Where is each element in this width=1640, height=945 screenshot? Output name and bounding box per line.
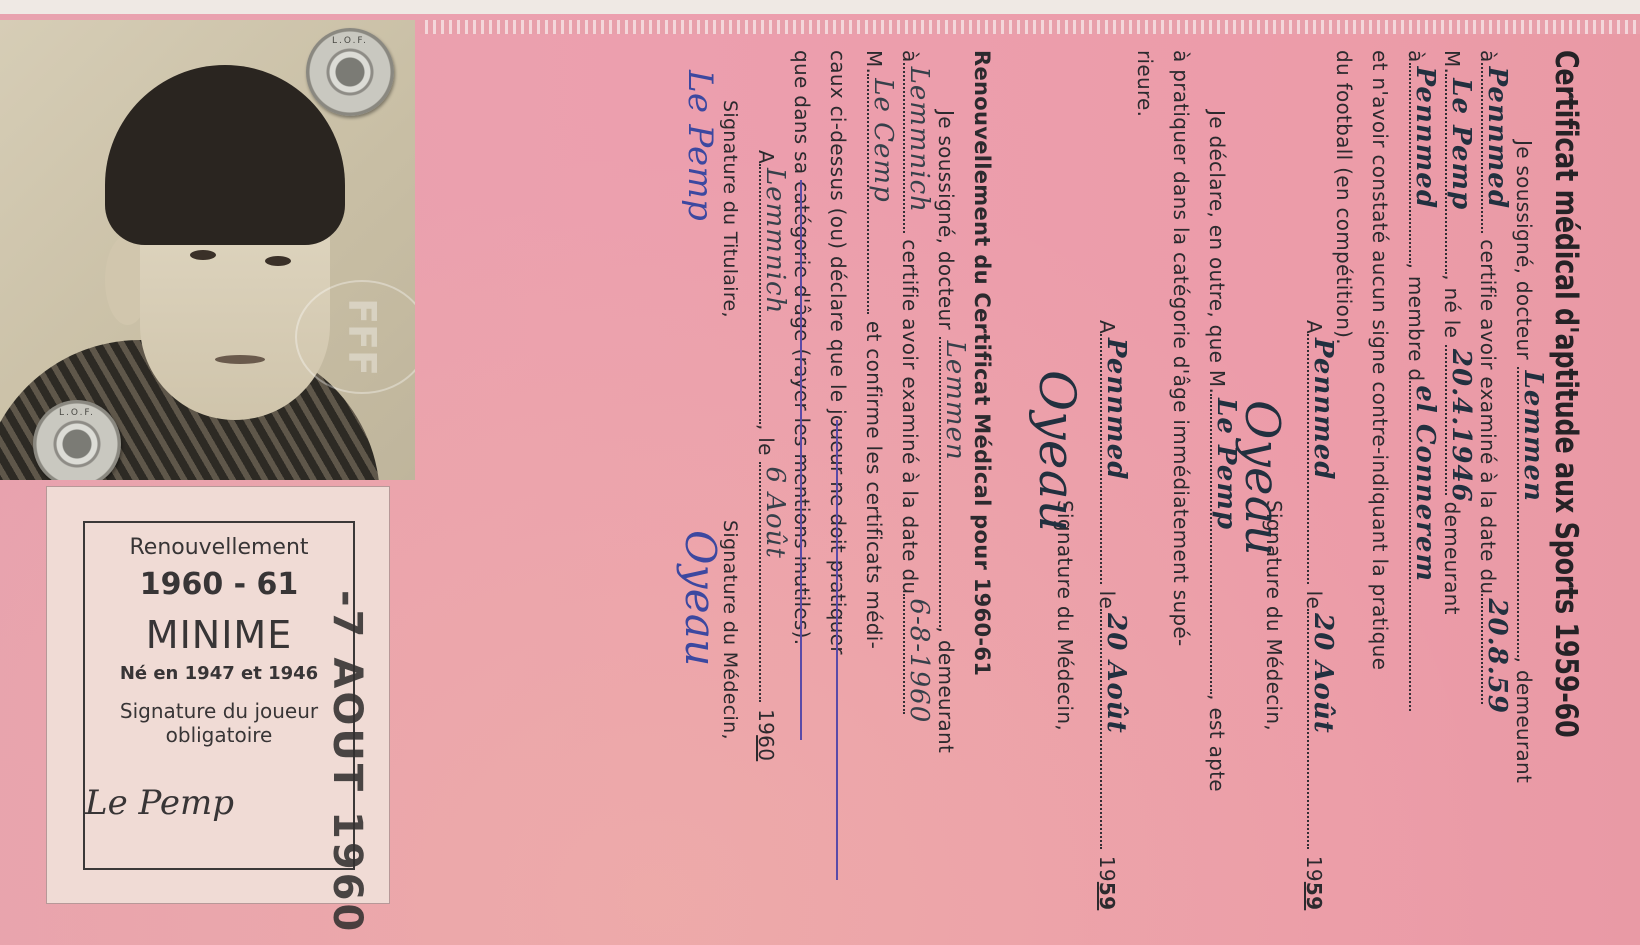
doctor-signature: Oyeau: [682, 530, 718, 667]
label: , le: [754, 424, 778, 456]
stamp-heading: Renouvellement: [85, 535, 353, 560]
eyelet-icon: L.O.F.: [306, 28, 394, 116]
player-name-field: Le Pemp: [1445, 74, 1467, 274]
stamp-season: 1960 - 61: [85, 567, 353, 602]
sign-date-field: 20 Août: [1307, 609, 1329, 849]
label: Je déclare, en outre, que M.: [1205, 110, 1229, 394]
statement-line: rieure.: [1127, 50, 1163, 117]
photo-eye: [265, 256, 291, 266]
stamp-sign-label: Signature du joueurobligatoire: [85, 699, 353, 747]
label: Je soussigné, docteur: [1512, 140, 1536, 360]
label: M.: [1440, 50, 1464, 74]
label: à: [1476, 50, 1500, 63]
eyelet-icon: L.O.F.: [33, 400, 121, 480]
doctor-signature-label: Signature du Médecin,: [1047, 500, 1083, 731]
year-field: 59: [1302, 882, 1326, 910]
place-field: Lemmnich: [759, 164, 781, 424]
holder-signature: Le Pemp: [682, 70, 718, 221]
birth-date-field: 20.4.1946: [1445, 345, 1467, 495]
doctor-name-field: Lemmen: [1517, 367, 1539, 657]
label: , né le: [1440, 274, 1464, 338]
label: , demeurant: [1512, 657, 1536, 783]
label: certifie avoir examiné à la date du: [1476, 239, 1500, 594]
exam-date-field: 6-8-1960: [903, 594, 925, 714]
label: 19: [1302, 856, 1326, 882]
label: M.: [862, 50, 886, 74]
player-city-field: Pennmed: [1409, 63, 1431, 263]
statement-line: et n'avoir constaté aucun signe contre-i…: [1362, 50, 1398, 670]
label: A: [1095, 320, 1119, 334]
exam-date-field: 20.8.59: [1481, 594, 1503, 704]
stamp-frame: Renouvellement 1960 - 61 MINIME Né en 19…: [83, 521, 355, 870]
strikethrough-mark: [800, 180, 802, 740]
statement-line: à pratiquer dans la catégorie d'âge immé…: [1163, 50, 1199, 647]
date-stamp: -7 AOUT 1960: [324, 590, 370, 934]
stamp-player-signature: Le Pemp: [85, 783, 353, 823]
certificate-text-panel: Certificat médical d'aptitude aux Sports…: [440, 30, 1590, 910]
player-photo: FFF L.O.F. L.O.F.: [0, 20, 415, 480]
label: , est apte: [1205, 694, 1229, 792]
place-field: Pennmed: [1100, 334, 1122, 584]
club-field: el Connerem: [1409, 381, 1431, 711]
label: certifie avoir examiné à la date du: [898, 239, 922, 594]
stamp-born-years: Né en 1947 et 1946: [85, 663, 353, 684]
statement-line: caux ci-dessus (ou) déclare que le joueu…: [820, 50, 856, 655]
label: le: [1095, 591, 1119, 609]
label: et confirme les certificats médi-: [862, 321, 886, 649]
doctor-signature: Oyeau: [1039, 370, 1075, 532]
sign-date-field: 20 Août: [1100, 609, 1122, 849]
label: demeurant: [1440, 502, 1464, 615]
label: 19: [1095, 856, 1119, 882]
label: le: [1302, 591, 1326, 609]
strikethrough-mark: [836, 420, 838, 880]
doctor-city-field: Lemmnich: [903, 63, 925, 233]
photo-eye: [190, 250, 216, 260]
photo-hair: [105, 65, 345, 245]
player-name-field: Le Cemp: [867, 74, 889, 314]
place-field: Pennmed: [1307, 334, 1329, 584]
statement-line: du football (en compétition).: [1326, 50, 1362, 345]
doctor-signature: Oyeau: [1244, 400, 1280, 556]
player-name-field: Le Pemp: [1210, 394, 1232, 694]
label: 19: [754, 709, 778, 735]
label: A: [1302, 320, 1326, 334]
photo-mouth: [215, 355, 265, 364]
label: A: [754, 150, 778, 164]
label: Je soussigné, docteur: [934, 110, 958, 330]
certificate-title: Certificat médical d'aptitude aux Sports…: [1548, 50, 1584, 737]
year-field: 59: [1095, 882, 1119, 910]
label: à: [1404, 50, 1428, 63]
year-field: 60: [754, 735, 778, 761]
label: , membre d: [1404, 263, 1428, 382]
sign-date-field: 6 Août: [759, 462, 781, 702]
label: , demeurant: [934, 627, 958, 753]
doctor-city-field: Pennmed: [1481, 63, 1503, 233]
doctor-name-field: Lemmen: [939, 337, 961, 627]
stamp-category: MINIME: [85, 613, 353, 657]
label: à: [898, 50, 922, 63]
